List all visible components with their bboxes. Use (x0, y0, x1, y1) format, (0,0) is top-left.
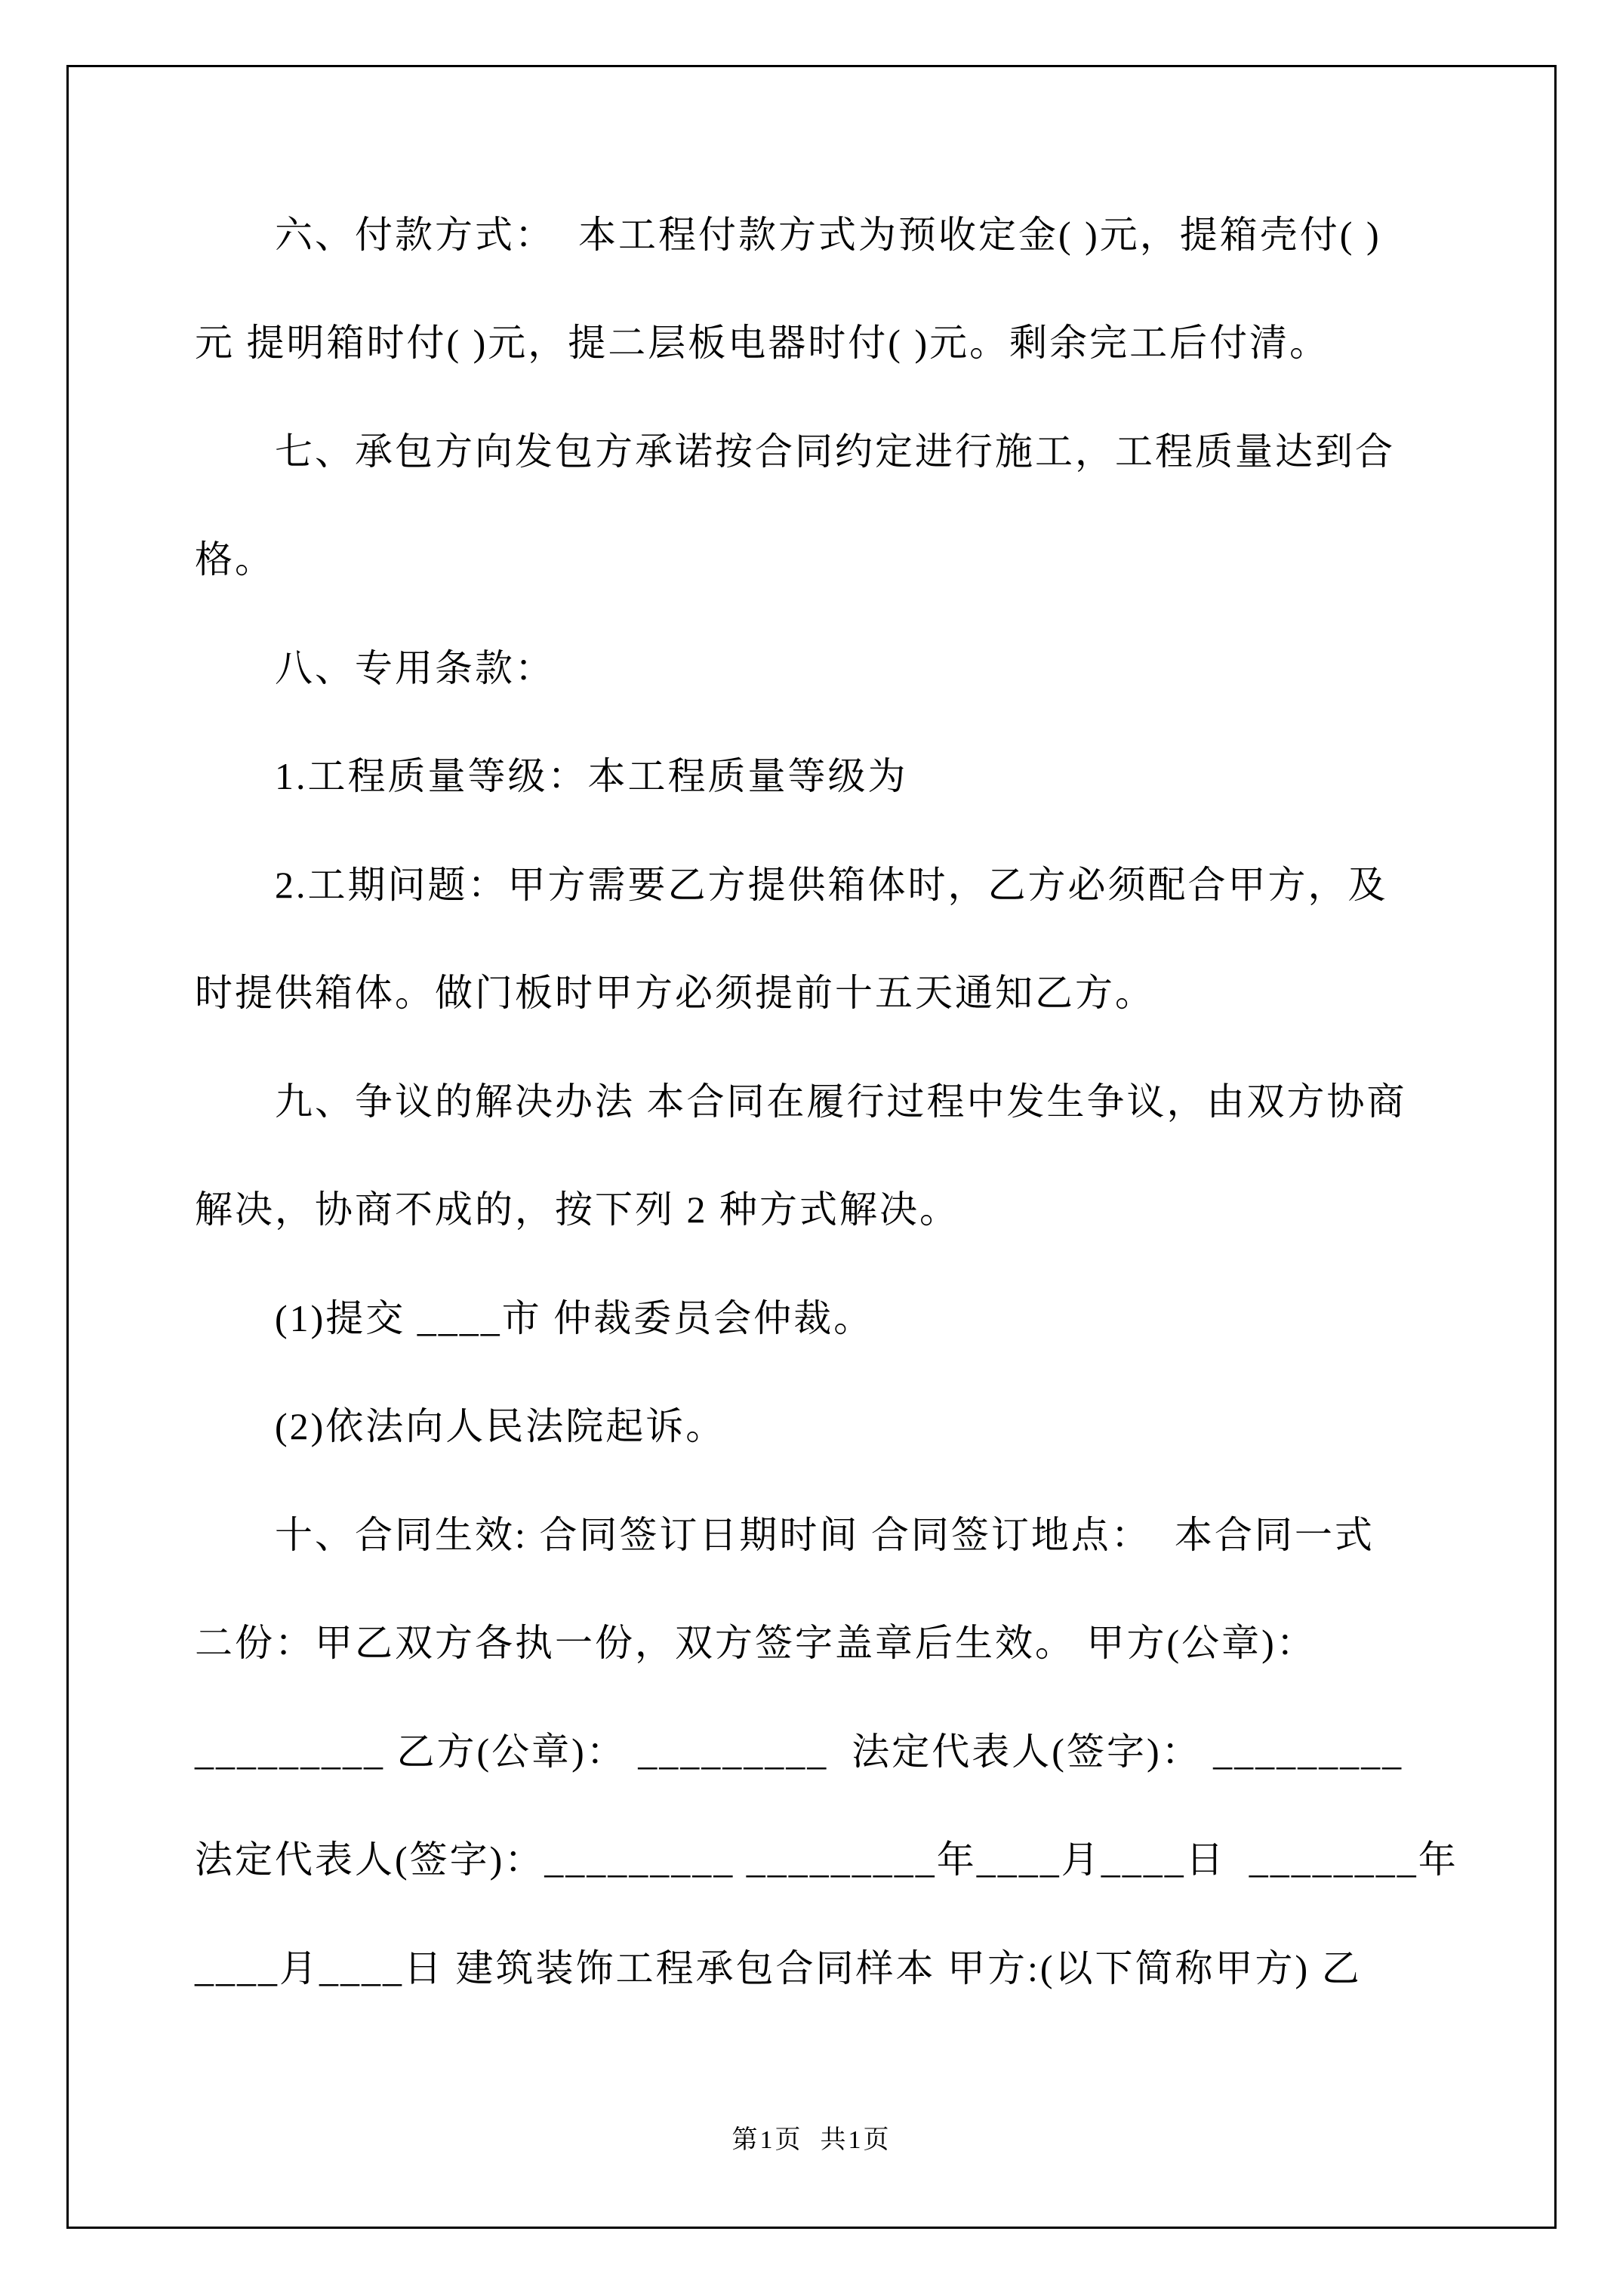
text-line-arbitration-option: (1)提交 ____市 仲裁委员会仲裁。 (195, 1264, 1442, 1373)
text-line-schedule-issue-2: 时提供箱体。做门板时甲方必须提前十五天通知乙方。 (195, 939, 1442, 1048)
text-line-payment-clause: 六、付款方式： 本工程付款方式为预收定金( )元，提箱壳付( ) (195, 180, 1442, 289)
text-line-court-option: (2)依法向人民法院起诉。 (195, 1373, 1442, 1481)
text-line-contract-effective: 十、合同生效: 合同签订日期时间 合同签订地点： 本合同一式 (195, 1481, 1442, 1589)
text-line-contract-effective-2: 二份：甲乙双方各执一份，双方签字盖章后生效。 甲方(公章)： (195, 1589, 1442, 1698)
text-line-sample-title: ____月____日 建筑装饰工程承包合同样本 甲方:(以下简称甲方) 乙 (195, 1914, 1442, 2023)
text-line-special-terms: 八、专用条款： (195, 614, 1442, 723)
text-line-dispute-resolution: 九、争议的解决办法 本合同在履行过程中发生争议，由双方协商 (195, 1047, 1442, 1156)
text-line-schedule-issue: 2.工期问题：甲方需要乙方提供箱体时，乙方必须配合甲方，及 (195, 831, 1442, 939)
document-body: 六、付款方式： 本工程付款方式为预收定金( )元，提箱壳付( ) 元 提明箱时付… (195, 180, 1442, 2023)
text-line-signature-dates: 法定代表人(签字)：_________ _________年____月____日… (195, 1806, 1442, 1915)
text-line-payment-clause-2: 元 提明箱时付( )元，提二层板电器时付( )元。剩余完工后付清。 (195, 289, 1442, 398)
text-line-contractor-promise: 七、承包方向发包方承诺按合同约定进行施工，工程质量达到合 (195, 397, 1442, 506)
text-line-dispute-resolution-2: 解决，协商不成的，按下列 2 种方式解决。 (195, 1156, 1442, 1265)
text-line-signature-blanks: _________ 乙方(公章)： _________ 法定代表人(签字)： _… (195, 1697, 1442, 1806)
text-line-contractor-promise-2: 格。 (195, 506, 1442, 615)
text-line-quality-grade: 1.工程质量等级：本工程质量等级为 (195, 723, 1442, 831)
page-number-footer: 第1页 共1页 (66, 2119, 1557, 2156)
document-page: 六、付款方式： 本工程付款方式为预收定金( )元，提箱壳付( ) 元 提明箱时付… (0, 0, 1623, 2296)
